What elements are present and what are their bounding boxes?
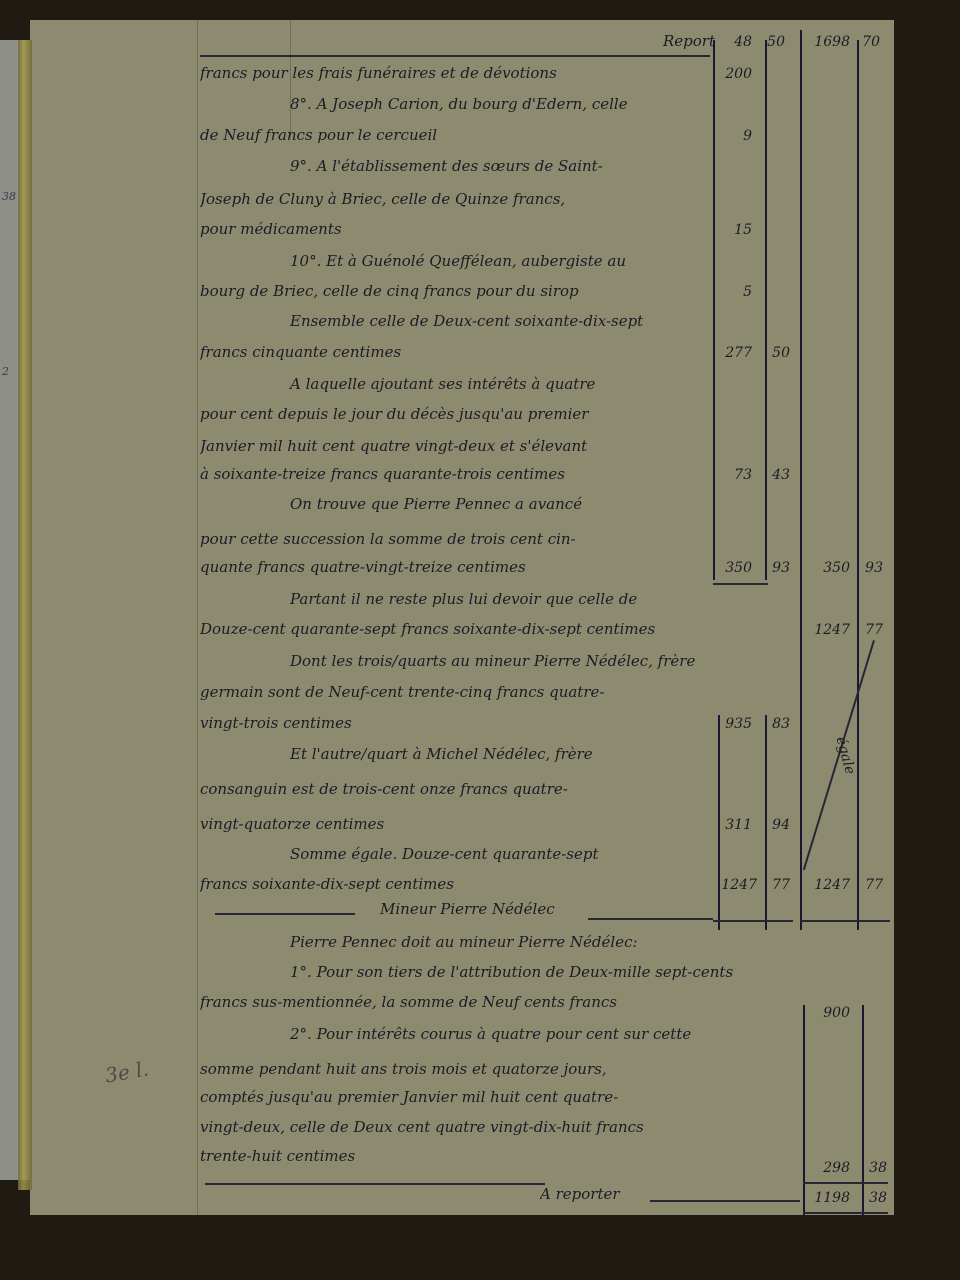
ledger-line: francs pour les frais funéraires et de d… xyxy=(200,64,710,94)
amount-cent-2: 93 xyxy=(858,560,883,576)
report-label: Report xyxy=(200,32,715,62)
ledger-line: de Neuf francs pour le cercueil xyxy=(200,126,710,156)
amount-cent: 50 xyxy=(765,345,790,361)
ledger-line: Pierre Pennec doit au mineur Pierre Nédé… xyxy=(200,933,800,963)
double-rule xyxy=(713,920,793,922)
double-rule xyxy=(800,920,890,922)
ledger-line: quante francs quatre-vingt-treize centim… xyxy=(200,558,710,588)
ledger-line: Partant il ne reste plus lui devoir que … xyxy=(200,590,720,620)
ledger-line: francs cinquante centimes xyxy=(200,343,710,373)
amount-francs: 277 xyxy=(712,345,752,361)
amount-francs: 311 xyxy=(712,817,752,833)
amount-cent: 94 xyxy=(765,817,790,833)
ledger-line: Douze-cent quarante-sept francs soixante… xyxy=(200,620,800,650)
ledger-line: 2°. Pour intérêts courus à quatre pour c… xyxy=(200,1025,800,1055)
header-col2-francs: 1698 xyxy=(800,34,850,50)
amount-francs: 350 xyxy=(712,560,752,576)
ledger-line: consanguin est de trois-cent onze francs… xyxy=(200,780,710,810)
ledger-line: Somme égale. Douze-cent quarante-sept xyxy=(200,845,710,875)
ledger-line: Dont les trois/quarts au mineur Pierre N… xyxy=(200,652,800,682)
left-page-number: 38 xyxy=(2,190,16,203)
left-page-number: 2 xyxy=(2,365,9,378)
footer-francs: 1198 xyxy=(805,1190,850,1206)
amount-cent: 93 xyxy=(765,560,790,576)
double-rule xyxy=(803,1212,888,1214)
ledger-line: Ensemble celle de Deux-cent soixante-dix… xyxy=(200,312,710,342)
ledger-line: Joseph de Cluny à Briec, celle de Quinze… xyxy=(200,190,710,220)
ledger-line: 1°. Pour son tiers de l'attribution de D… xyxy=(200,963,860,993)
amount-francs: 935 xyxy=(712,716,752,732)
rule xyxy=(803,1182,888,1184)
rule xyxy=(650,1200,800,1202)
a-reporter-label: A reporter xyxy=(540,1185,660,1215)
ledger-line: vingt-quatorze centimes xyxy=(200,815,710,845)
amount-francs-2: 350 xyxy=(800,560,850,576)
amount-francs: 1247 xyxy=(712,877,757,893)
amount-francs: 200 xyxy=(712,66,752,82)
column-rule xyxy=(713,40,715,580)
rule xyxy=(200,55,710,57)
ledger-line: 10°. Et à Guénolé Queffélean, aubergiste… xyxy=(200,252,710,282)
section-title: Mineur Pierre Nédélec xyxy=(380,900,555,918)
column-rule xyxy=(857,40,859,930)
binding-thread xyxy=(18,40,32,1190)
amount-cent: 83 xyxy=(765,716,790,732)
ledger-line: On trouve que Pierre Pennec a avancé xyxy=(200,495,710,525)
ledger-line: somme pendant huit ans trois mois et qua… xyxy=(200,1060,800,1090)
ledger-line: vingt-trois centimes xyxy=(200,714,710,744)
ledger-line: pour cette succession la somme de trois … xyxy=(200,530,710,560)
amount-francs-2: 1247 xyxy=(800,622,850,638)
amount-francs: 298 xyxy=(805,1160,850,1176)
ledger-line: Janvier mil huit cent quatre vingt-deux … xyxy=(200,437,710,467)
ledger-line: 8°. A Joseph Carion, du bourg d'Edern, c… xyxy=(200,95,710,125)
ledger-line: 9°. A l'établissement des sœurs de Saint… xyxy=(200,157,710,187)
margin-rule xyxy=(197,20,198,1215)
ledger-line: Et l'autre/quart à Michel Nédélec, frère xyxy=(200,745,710,775)
amount-francs: 900 xyxy=(805,1005,850,1021)
amount-cent: 43 xyxy=(765,467,790,483)
ledger-line: francs sus-mentionnée, la somme de Neuf … xyxy=(200,993,800,1023)
rule xyxy=(205,1183,545,1185)
ledger-line: à soixante-treize francs quarante-trois … xyxy=(200,465,710,495)
ledger-line: pour cent depuis le jour du décès jusqu'… xyxy=(200,405,710,435)
amount-francs: 9 xyxy=(712,128,752,144)
amount-francs: 5 xyxy=(712,284,752,300)
ledger-line: pour médicaments xyxy=(200,220,710,250)
amount-francs-2: 1247 xyxy=(800,877,850,893)
header-col1-cent: 50 xyxy=(760,34,785,50)
ledger-line: comptés jusqu'au premier Janvier mil hui… xyxy=(200,1088,800,1118)
rule xyxy=(713,583,768,585)
amount-cent: 77 xyxy=(765,877,790,893)
amount-cent: 38 xyxy=(862,1160,887,1176)
rule xyxy=(588,918,713,920)
column-rule xyxy=(765,40,767,580)
ledger-line: germain sont de Neuf-cent trente-cinq fr… xyxy=(200,683,800,713)
ledger-line: vingt-deux, celle de Deux cent quatre vi… xyxy=(200,1118,800,1148)
footer-cent: 38 xyxy=(862,1190,887,1206)
header-col1-francs: 48 xyxy=(712,34,752,50)
ledger-line: trente-huit centimes xyxy=(200,1147,800,1177)
amount-cent-2: 77 xyxy=(858,877,883,893)
column-rule xyxy=(800,30,802,930)
ledger-line: A laquelle ajoutant ses intérêts à quatr… xyxy=(200,375,710,405)
amount-francs: 15 xyxy=(712,222,752,238)
rule xyxy=(215,913,355,915)
amount-cent-2: 77 xyxy=(858,622,883,638)
ledger-line: bourg de Briec, celle de cinq francs pou… xyxy=(200,282,710,312)
amount-francs: 73 xyxy=(712,467,752,483)
